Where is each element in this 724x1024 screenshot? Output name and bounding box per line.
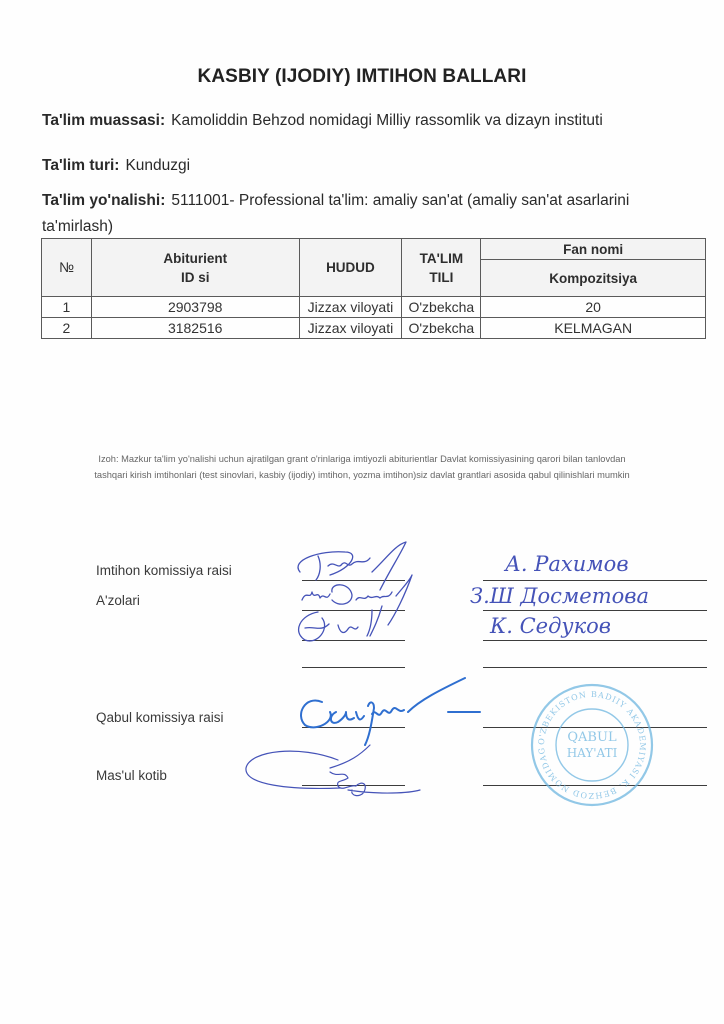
document-page: KASBIY (IJODIY) IMTIHON BALLARI Ta'lim m… [0,0,724,1024]
signature-scribbles-icon [0,0,724,1024]
